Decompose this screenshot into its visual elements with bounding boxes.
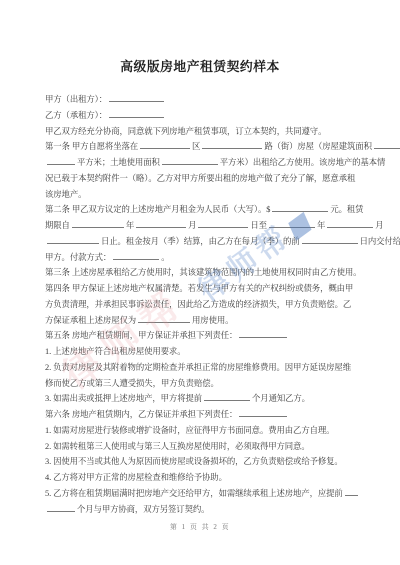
blank-field bbox=[269, 219, 315, 228]
contract-text: 路（街）房屋（房屋建筑面积 bbox=[264, 142, 372, 151]
contract-line: 第四条 甲方保证上述房地产权属清楚。若发生与甲方有关的产权纠纷或债务，概由甲 bbox=[45, 281, 372, 297]
contract-text: 1. 如需对房屋进行装修或增扩设备时，应征得甲方书面同意。费用由乙方自理。 bbox=[45, 426, 334, 435]
blank-field bbox=[374, 140, 400, 149]
contract-line: 方负责清理，并承担民事诉讼责任，因此给乙方造成的经济损失，甲方负责赔偿。乙 bbox=[45, 297, 372, 313]
blank-field bbox=[72, 219, 124, 228]
contract-line: 甲方。付款方式：。 bbox=[45, 250, 372, 266]
contract-text: 第四条 甲方保证上述房地产权属清楚。若发生与甲方有关的产权纠纷或债务，概由甲 bbox=[45, 284, 353, 293]
blank-field bbox=[345, 487, 358, 496]
contract-text: 第二条 甲乙双方议定的上述房地产月租金为人民币（大写）。$ bbox=[45, 205, 270, 214]
blank-field bbox=[204, 392, 250, 401]
blank-field bbox=[47, 235, 99, 244]
document-body: 甲方（出租方）：乙方（承租方）：甲乙双方经充分协商，同意就下列房地产租赁事项，订… bbox=[45, 92, 372, 517]
contract-text: 平方米）出租给乙方使用。该房地产的基本情 bbox=[220, 158, 386, 167]
blank-field bbox=[239, 408, 287, 417]
blank-field bbox=[202, 140, 262, 149]
contract-line: 方保证承租上述房屋仅为用房使用。 bbox=[45, 313, 372, 329]
contract-text: 2. 负责对房屋及其附着物的定期检查并承担正常的房屋维修费用。因甲方延误房屋维 bbox=[45, 363, 351, 372]
blank-field bbox=[138, 314, 190, 323]
contract-text: 年 bbox=[126, 221, 134, 230]
contract-line: 乙方（承租方）： bbox=[45, 108, 372, 124]
contract-line: 该房地产。 bbox=[45, 187, 372, 203]
page-footer: 第 1 页 共 2 页 bbox=[0, 522, 400, 532]
blank-field bbox=[198, 219, 248, 228]
contract-text: 况已载于本契约附件一（略）。乙方对甲方所要出租的房地产做了充分了解，愿意承租 bbox=[45, 174, 355, 183]
blank-field bbox=[327, 219, 373, 228]
contract-line: 1. 如需对房屋进行装修或增扩设备时，应征得甲方书面同意。费用由乙方自理。 bbox=[45, 423, 372, 439]
contract-line: 修而使乙方或第三人遭受损失，甲方负责赔偿。 bbox=[45, 376, 372, 392]
blank-field bbox=[239, 329, 287, 338]
contract-text: 日至 bbox=[250, 221, 267, 230]
contract-text: 甲方（出租方）： bbox=[45, 95, 107, 104]
document-title: 高级版房地产租赁契约样本 bbox=[0, 56, 400, 75]
contract-text: 第一条 甲方自愿将坐落在 bbox=[45, 142, 138, 151]
contract-text: 方负责清理，并承担民事诉讼责任，因此给乙方造成的经济损失，甲方负责赔偿。乙 bbox=[45, 300, 351, 309]
contract-text: 第五条 房地产租赁期间，甲方保证并承担下列责任： bbox=[45, 331, 237, 340]
contract-text: 方保证承租上述房屋仅为 bbox=[45, 316, 136, 325]
blank-field bbox=[272, 203, 328, 212]
contract-text: 第六条 房地产租赁期内，乙方保证并承担下列责任： bbox=[45, 410, 237, 419]
contract-text: 1. 上述房地产符合出租房屋使用要求。 bbox=[45, 347, 185, 356]
blank-field bbox=[140, 140, 190, 149]
contract-text: 3. 因使用不当或其他人为原因而使房屋或设备损坏的，乙方负责赔偿或给予修复。 bbox=[45, 457, 343, 466]
blank-field bbox=[136, 219, 186, 228]
contract-line: 3. 如需出卖或抵押上述房地产，甲方将提前个月通知乙方。 bbox=[45, 391, 372, 407]
contract-line: 甲乙双方经充分协商，同意就下列房地产租赁事项，订立本契约，共同遵守。 bbox=[45, 124, 372, 140]
contract-text: 个月与甲方协商，双方另签订契约。 bbox=[77, 505, 209, 514]
contract-text: 乙方（承租方）： bbox=[45, 111, 107, 120]
contract-page: 律师帮 律师帮 高级版房地产租赁契约样本 甲方（出租方）：乙方（承租方）：甲乙双… bbox=[0, 0, 400, 565]
contract-line: 4. 乙方将对甲方正常的房屋检查和维修给予协助。 bbox=[45, 470, 372, 486]
contract-line: 第六条 房地产租赁期内，乙方保证并承担下列责任： bbox=[45, 407, 372, 423]
contract-line: 3. 因使用不当或其他人为原因而使房屋或设备损坏的，乙方负责赔偿或给予修复。 bbox=[45, 454, 372, 470]
blank-field bbox=[47, 156, 75, 165]
contract-line: 况已载于本契约附件一（略）。乙方对甲方所要出租的房地产做了充分了解，愿意承租 bbox=[45, 171, 372, 187]
contract-text: 月 bbox=[188, 221, 196, 230]
contract-line: 日止。租金按月（季）结算，由乙方在每月（季）的前日内交付给 bbox=[45, 234, 372, 250]
contract-line: 2. 如需转租第三人使用或与第三人互换房屋使用时，必须取得甲方同意。 bbox=[45, 439, 372, 455]
contract-line: 2. 负责对房屋及其附着物的定期检查并承担正常的房屋维修费用。因甲方延误房屋维 bbox=[45, 360, 372, 376]
contract-text: 2. 如需转租第三人使用或与第三人互换房屋使用时，必须取得甲方同意。 bbox=[45, 442, 310, 451]
contract-line: 个月与甲方协商，双方另签订契约。 bbox=[45, 502, 372, 518]
contract-line: 甲方（出租方）： bbox=[45, 92, 372, 108]
contract-text: 平方米；土地使用面积 bbox=[77, 158, 160, 167]
contract-line: 第一条 甲方自愿将坐落在区路（街）房屋（房屋建筑面积 bbox=[45, 139, 372, 155]
blank-field bbox=[302, 235, 358, 244]
contract-text: 3. 如需出卖或抵押上述房地产，甲方将提前 bbox=[45, 394, 202, 403]
contract-line: 第二条 甲乙双方议定的上述房地产月租金为人民币（大写）。$元。租赁 bbox=[45, 202, 372, 218]
contract-text: 日止。租金按月（季）结算，由乙方在每月（季）的前 bbox=[101, 237, 300, 246]
contract-text: 甲方。付款方式： bbox=[45, 253, 111, 262]
contract-text: 月 bbox=[375, 221, 383, 230]
contract-text: 4. 乙方将对甲方正常的房屋检查和维修给予协助。 bbox=[45, 473, 227, 482]
contract-text: 元。租赁 bbox=[330, 205, 363, 214]
contract-line: 平方米；土地使用面积平方米）出租给乙方使用。该房地产的基本情 bbox=[45, 155, 372, 171]
contract-line: 第三条 上述房屋承租给乙方使用时，其该建筑物范围内的土地使用权同时由乙方使用。 bbox=[45, 265, 372, 281]
contract-text: 该房地产。 bbox=[45, 190, 86, 199]
contract-text: 个月通知乙方。 bbox=[252, 394, 310, 403]
blank-field bbox=[162, 156, 218, 165]
contract-line: 第五条 房地产租赁期间，甲方保证并承担下列责任： bbox=[45, 328, 372, 344]
blank-field bbox=[47, 503, 75, 512]
contract-text: 5. 乙方将在租赁期届满时把房地产交还给甲方，如需继续承租上述房地产，应提前 bbox=[45, 489, 343, 498]
blank-field bbox=[113, 251, 159, 260]
blank-field bbox=[109, 93, 164, 102]
contract-text: 区 bbox=[192, 142, 200, 151]
contract-text: 甲乙双方经充分协商，同意就下列房地产租赁事项，订立本契约，共同遵守。 bbox=[45, 127, 326, 136]
contract-line: 期限自年月日至年月 bbox=[45, 218, 372, 234]
contract-text: 。 bbox=[161, 253, 169, 262]
contract-text: 年 bbox=[317, 221, 325, 230]
blank-field bbox=[109, 109, 164, 118]
contract-text: 用房使用。 bbox=[192, 316, 233, 325]
contract-text: 第三条 上述房屋承租给乙方使用时，其该建筑物范围内的土地使用权同时由乙方使用。 bbox=[45, 268, 361, 277]
contract-line: 5. 乙方将在租赁期届满时把房地产交还给甲方，如需继续承租上述房地产，应提前 bbox=[45, 486, 372, 502]
contract-line: 1. 上述房地产符合出租房屋使用要求。 bbox=[45, 344, 372, 360]
contract-text: 期限自 bbox=[45, 221, 70, 230]
contract-text: 修而使乙方或第三人遭受损失，甲方负责赔偿。 bbox=[45, 379, 219, 388]
contract-text: 日内交付给 bbox=[360, 237, 400, 246]
